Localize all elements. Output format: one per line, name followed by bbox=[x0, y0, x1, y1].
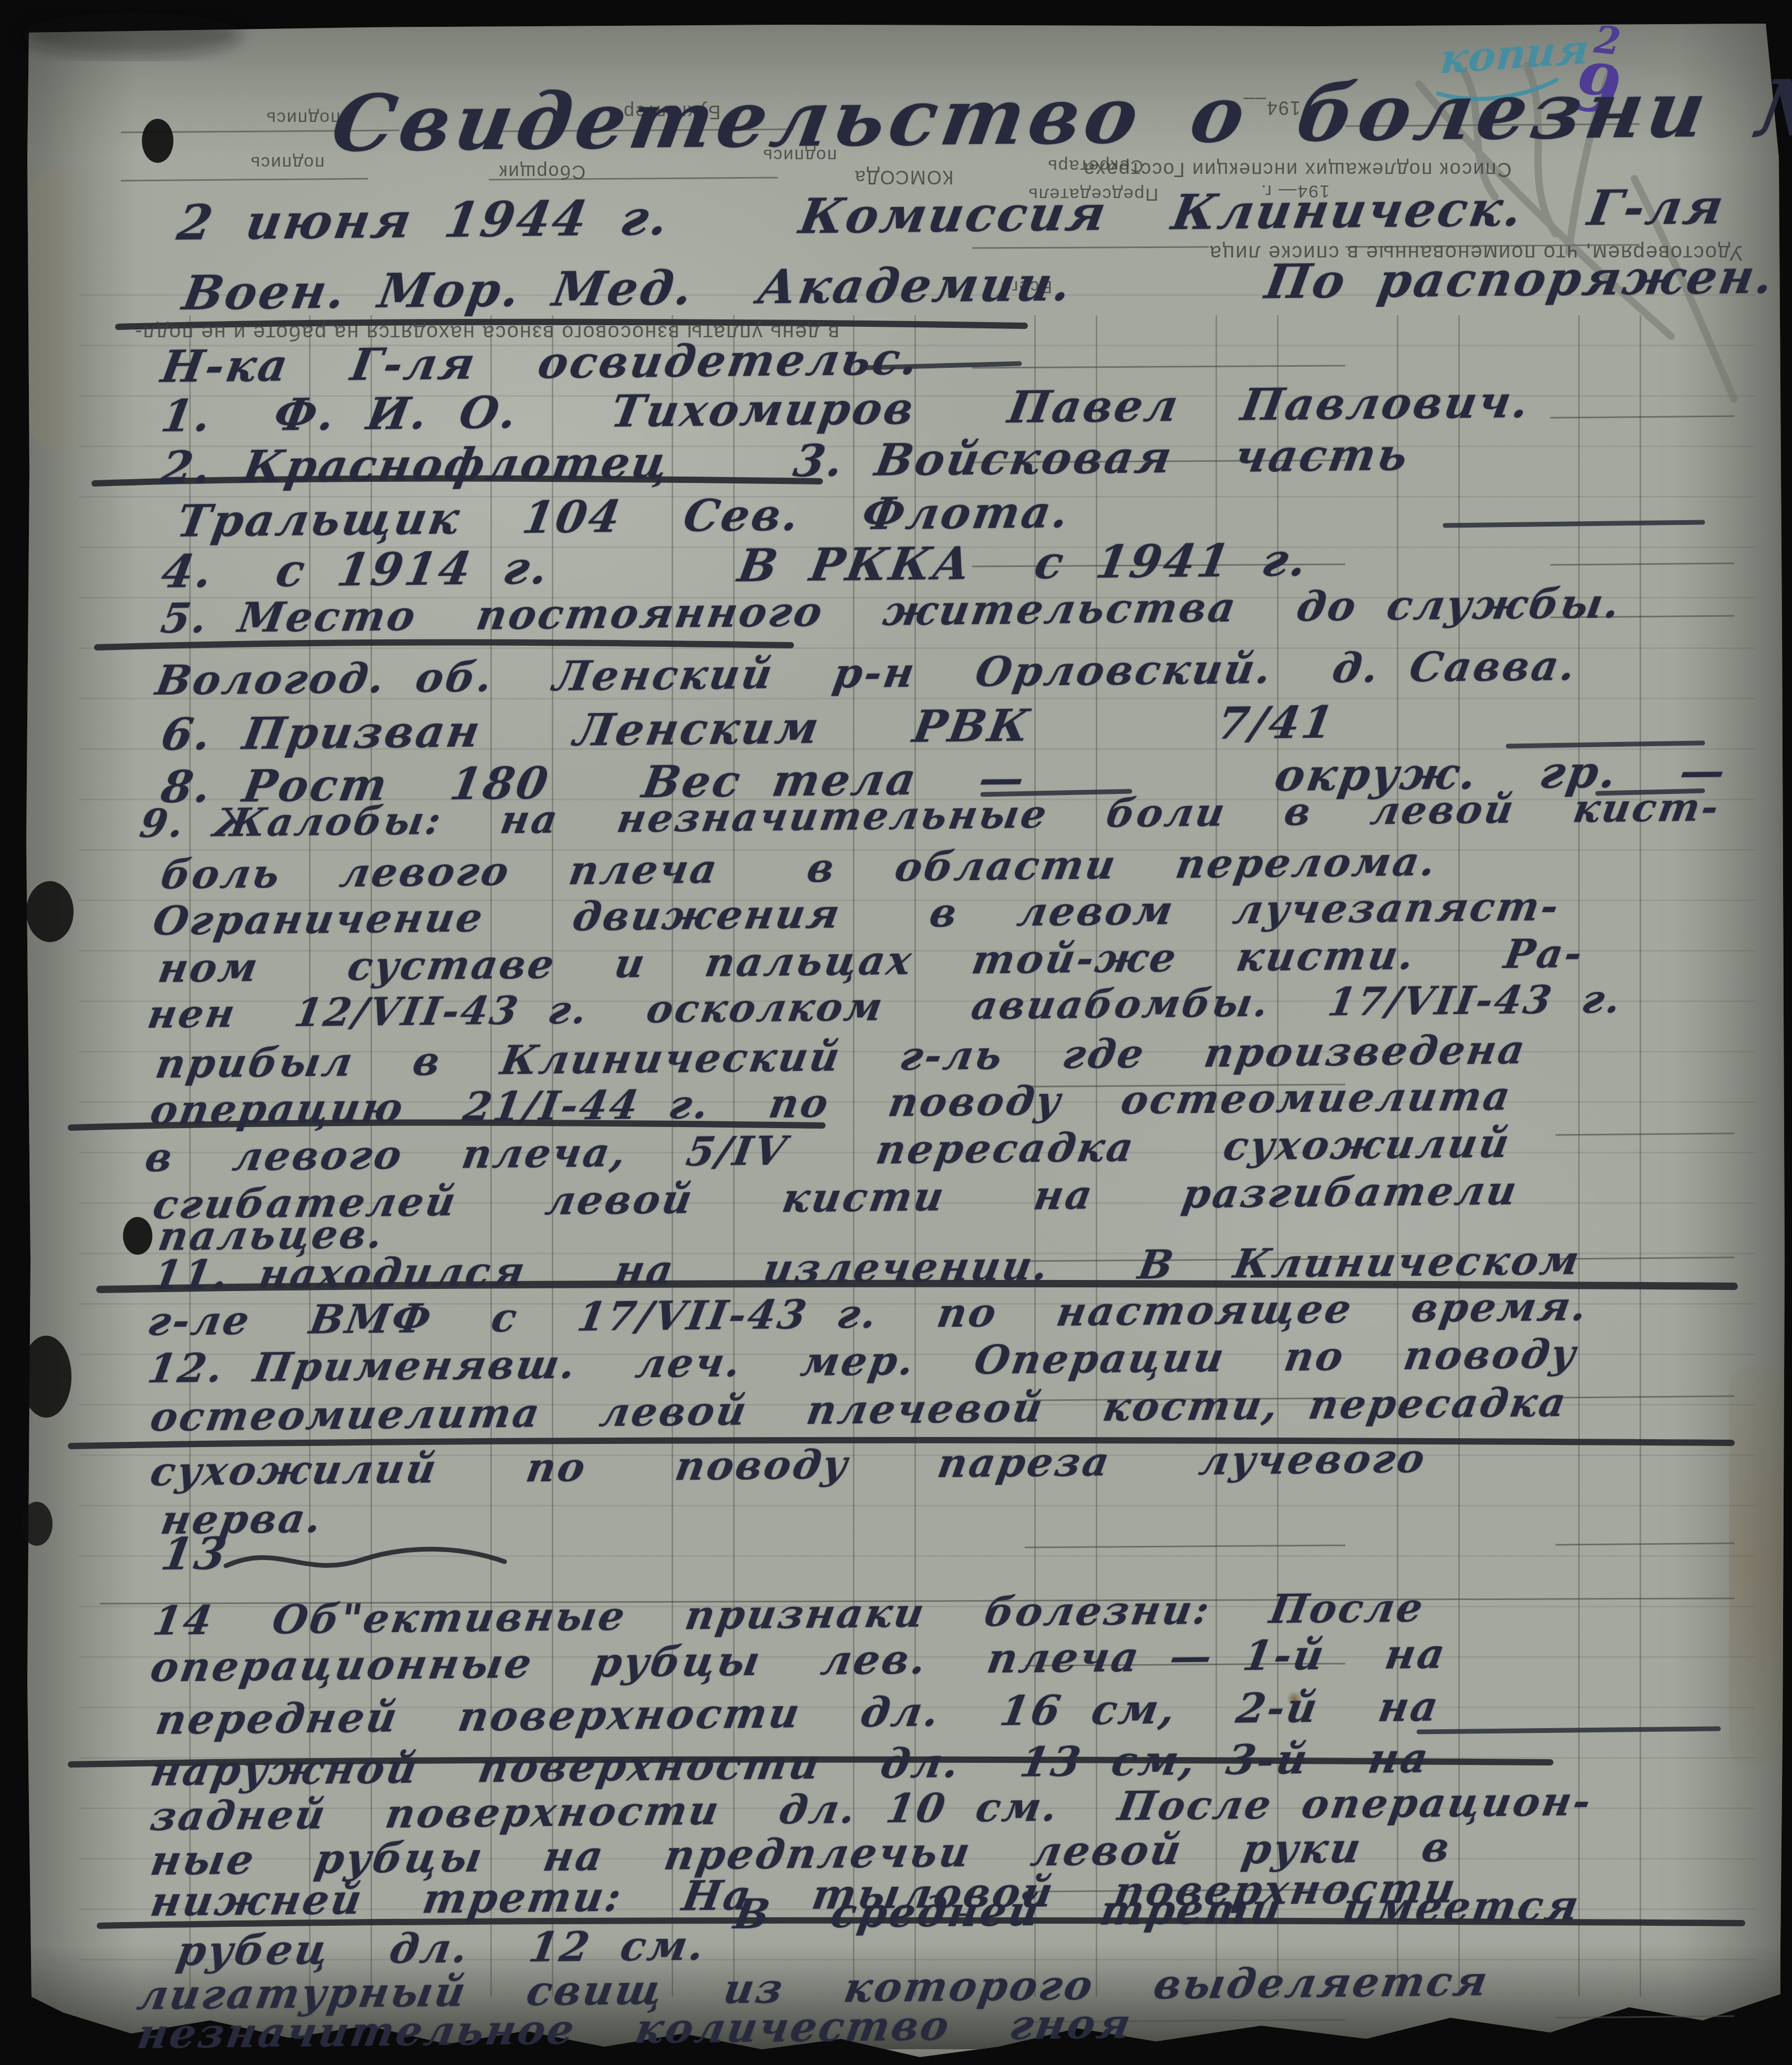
printed-form-text: подпись bbox=[265, 108, 341, 128]
printed-form-text: КОМСОДа bbox=[854, 166, 953, 188]
printed-form-text: Список подлежащих инспекции Госстраха bbox=[1083, 158, 1511, 180]
hw-line-middle-third: В средней трети имеется bbox=[730, 1882, 1584, 1938]
hw-line-item13: 13 bbox=[158, 1527, 232, 1580]
printed-form-text: подпись bbox=[250, 152, 325, 173]
document-title: Свидетельство о болезни № 430 bbox=[326, 59, 1792, 169]
item13-squiggle bbox=[226, 1549, 504, 1566]
scanned-document: подпись Бухгалтер подпись подпись Сборщи… bbox=[0, 0, 1792, 2065]
